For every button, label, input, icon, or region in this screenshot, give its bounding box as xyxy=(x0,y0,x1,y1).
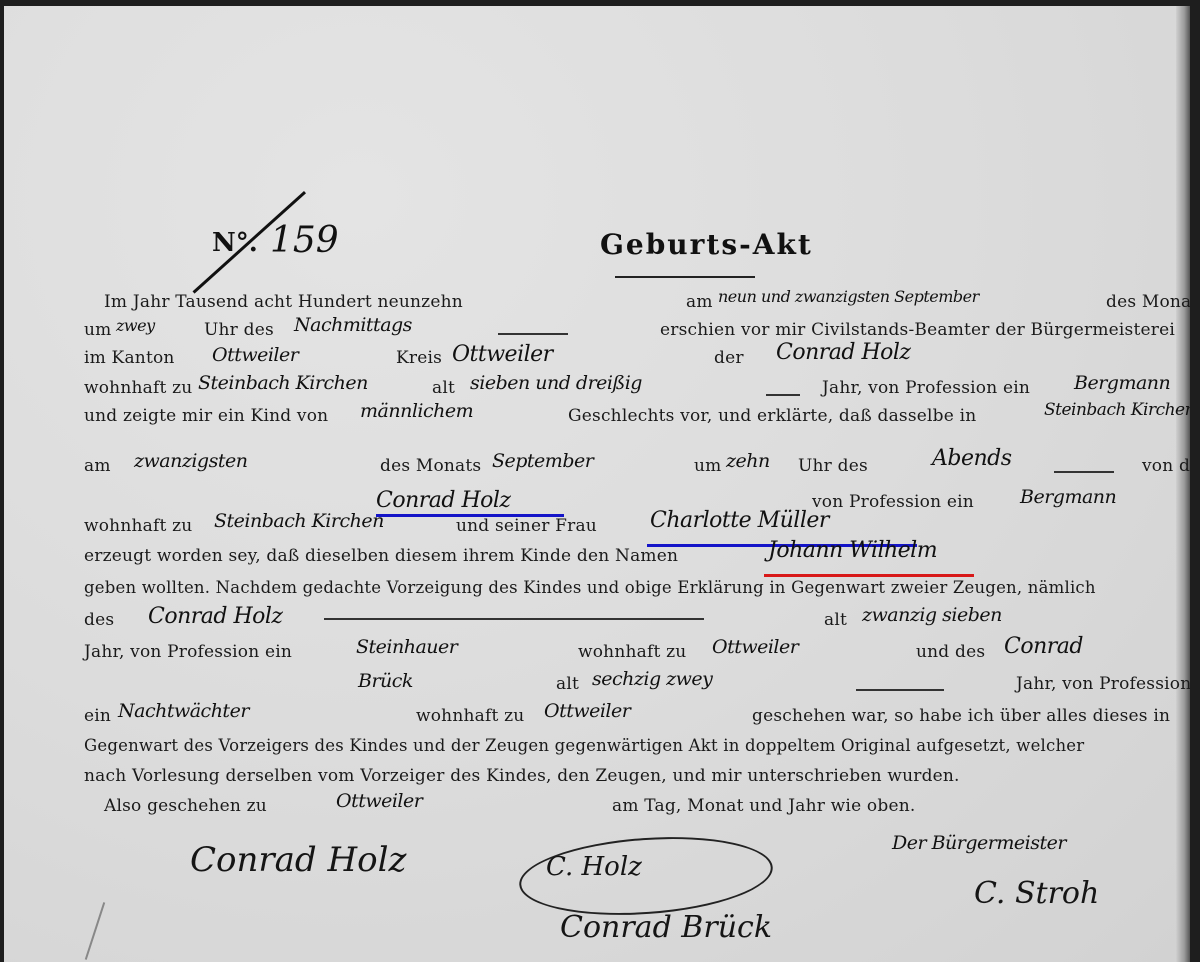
line-11-witness1: Conrad Holz xyxy=(148,604,283,629)
line-12-printed3: und des xyxy=(916,642,985,662)
line-13-dash xyxy=(856,689,944,691)
line-13-witness2-age: sechzig zwey xyxy=(592,668,712,690)
line-4-printed2: alt xyxy=(432,378,455,398)
line-10-printed: geben wollten. Nachdem gedachte Vorzeigu… xyxy=(84,578,1096,597)
line-6-hour: zehn xyxy=(726,450,770,472)
line-4-dash xyxy=(766,394,800,396)
line-13-witness2-last: Brück xyxy=(358,670,413,692)
page-edge-shadow xyxy=(1176,6,1190,962)
line-17-printed: Also geschehen zu xyxy=(104,796,267,816)
line-6-printed: am xyxy=(84,456,111,476)
line-2-printed3: erschien vor mir Civilstands-Beamter der… xyxy=(660,320,1175,340)
line-8-printed: wohnhaft zu xyxy=(84,516,192,536)
line-8-printed2: und seiner Frau xyxy=(456,516,597,536)
line-13-printed2: alt xyxy=(556,674,579,694)
line-3-kreis: Ottweiler xyxy=(452,342,553,367)
line-15-printed: Gegenwart des Vorzeigers des Kindes und … xyxy=(84,736,1084,755)
line-14-witness2-profession: Nachtwächter xyxy=(118,700,249,722)
line-2-dash xyxy=(498,333,568,335)
line-14-witness2-residence: Ottweiler xyxy=(544,700,630,722)
line-3-kanton: Ottweiler xyxy=(212,344,298,366)
line-12-witness1-profession: Steinhauer xyxy=(356,636,457,658)
line-4-printed: wohnhaft zu xyxy=(84,378,192,398)
signature-witness1: C. Holz xyxy=(546,852,642,882)
line-16-printed: nach Vorlesung derselben vom Vorzeiger d… xyxy=(84,766,960,786)
child-name-underline xyxy=(764,574,974,577)
line-11-dash xyxy=(324,618,704,620)
line-4-printed3: Jahr, von Profession ein xyxy=(822,378,1030,398)
document-page: N°. 159 Geburts-Akt Im Jahr Tausend acht… xyxy=(4,6,1190,962)
line-6-time-of-day: Abends xyxy=(932,446,1012,471)
line-4-profession: Bergmann xyxy=(1074,372,1170,394)
document-title: Geburts-Akt xyxy=(600,228,813,261)
signature-official: C. Stroh xyxy=(974,876,1099,911)
line-8-residence: Steinbach Kirchen xyxy=(214,510,384,532)
record-number-value: 159 xyxy=(270,220,339,261)
line-2-printed: um xyxy=(84,320,111,340)
line-3-printed: im Kanton xyxy=(84,348,175,368)
official-title: Der Bürgermeister xyxy=(892,832,1066,854)
line-7-printed2: von Profession ein xyxy=(812,492,974,512)
line-2-hour: zwey xyxy=(116,316,155,335)
line-1-printed: Im Jahr Tausend acht Hundert neunzehn xyxy=(104,292,463,312)
line-5-printed: und zeigte mir ein Kind von xyxy=(84,406,328,426)
line-6-printed5: von dem xyxy=(1142,456,1190,476)
line-1-printed2: am xyxy=(686,292,713,312)
line-5-printed2: Geschlechts vor, und erklärte, daß dasse… xyxy=(568,406,976,426)
line-6-dash xyxy=(1054,471,1114,473)
line-4-age: sieben und dreißig xyxy=(470,372,642,394)
line-17-printed2: am Tag, Monat und Jahr wie oben. xyxy=(612,796,915,816)
line-14-printed: ein xyxy=(84,706,111,726)
line-12-witness1-residence: Ottweiler xyxy=(712,636,798,658)
line-13-printed3: Jahr, von Profession xyxy=(1016,674,1190,694)
signature-witness2: Conrad Brück xyxy=(560,910,772,945)
line-14-printed3: geschehen war, so habe ich über alles di… xyxy=(752,706,1170,726)
line-3-printed2: Kreis xyxy=(396,348,442,368)
line-3-declarant: Conrad Holz xyxy=(776,340,911,365)
line-11-printed: des xyxy=(84,610,114,630)
line-3-printed3: der xyxy=(714,348,744,368)
line-9-printed: erzeugt worden sey, daß dieselben diesem… xyxy=(84,546,678,566)
line-6-printed4: Uhr des xyxy=(798,456,868,476)
line-6-printed2: des Monats xyxy=(380,456,481,476)
line-12-printed: Jahr, von Profession ein xyxy=(84,642,292,662)
line-12-witness2-first: Conrad xyxy=(1004,634,1083,659)
title-underline xyxy=(615,276,755,278)
line-7-father: Conrad Holz xyxy=(376,488,511,513)
line-12-printed2: wohnhaft zu xyxy=(578,642,686,662)
line-2-printed2: Uhr des xyxy=(204,320,274,340)
line-11-witness1-age: zwanzig sieben xyxy=(862,604,1002,626)
line-7-profession: Bergmann xyxy=(1020,486,1116,508)
signature-father: Conrad Holz xyxy=(190,840,406,880)
line-2-time-of-day: Nachmittags xyxy=(294,314,412,336)
line-6-day: zwanzigsten xyxy=(134,450,247,472)
line-1-date: neun und zwanzigsten September xyxy=(718,287,979,306)
line-4-residence: Steinbach Kirchen xyxy=(198,372,368,394)
line-5-sex: männlichem xyxy=(360,400,473,422)
line-6-month: September xyxy=(492,450,593,472)
line-5-birthplace: Steinbach Kirchen xyxy=(1044,400,1190,420)
line-17-place: Ottweiler xyxy=(336,790,422,812)
line-6-printed3: um xyxy=(694,456,721,476)
line-11-printed2: alt xyxy=(824,610,847,630)
line-14-printed2: wohnhaft zu xyxy=(416,706,524,726)
line-9-child-name: Johann Wilhelm xyxy=(768,538,937,563)
margin-check-mark xyxy=(85,902,105,960)
line-1-printed3: des Monats xyxy=(1106,292,1190,312)
line-8-mother: Charlotte Müller xyxy=(650,508,829,533)
